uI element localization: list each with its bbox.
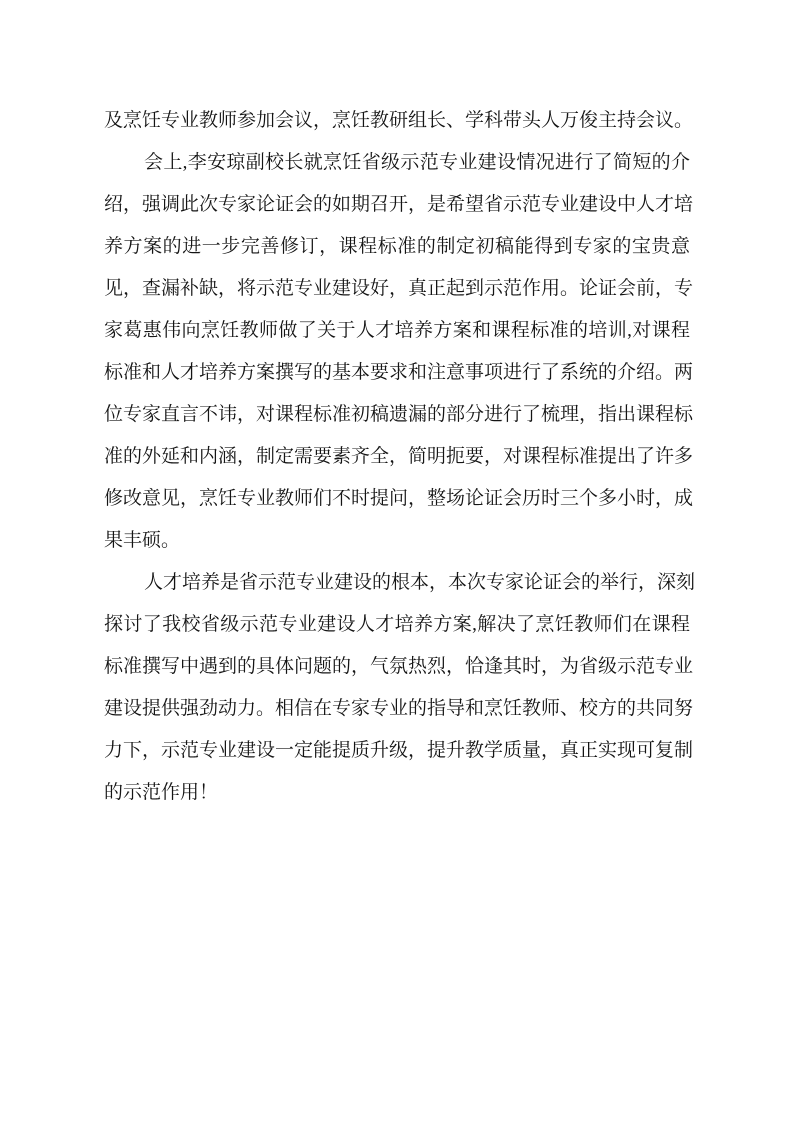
- text-line: 会上,李安琼副校长就烹饪省级示范专业建设情况进行了简短的介: [104, 142, 690, 184]
- text-line: 准的外延和内涵，制定需要素齐全，简明扼要，对课程标准提出了许多: [104, 436, 690, 478]
- paragraph: 及烹饪专业教师参加会议，烹饪教研组长、学科带头人万俊主持会议。: [104, 100, 690, 142]
- text-line: 修改意见，烹饪专业教师们不时提问，整场论证会历时三个多小时，成: [104, 478, 690, 520]
- text-line: 养方案的进一步完善修订，课程标准的制定初稿能得到专家的宝贵意: [104, 226, 690, 268]
- text-line: 的示范作用！: [104, 772, 690, 814]
- text-line: 家葛惠伟向烹饪教师做了关于人才培养方案和课程标准的培训,对课程: [104, 310, 690, 352]
- text-line: 人才培养是省示范专业建设的根本，本次专家论证会的举行，深刻: [104, 562, 690, 604]
- text-line: 探讨了我校省级示范专业建设人才培养方案,解决了烹饪教师们在课程: [104, 604, 690, 646]
- paragraph: 人才培养是省示范专业建设的根本，本次专家论证会的举行，深刻 探讨了我校省级示范专…: [104, 562, 690, 814]
- paragraph: 会上,李安琼副校长就烹饪省级示范专业建设情况进行了简短的介 绍，强调此次专家论证…: [104, 142, 690, 562]
- text-line: 标准撰写中遇到的具体问题的，气氛热烈，恰逢其时，为省级示范专业: [104, 646, 690, 688]
- text-line: 建设提供强劲动力。相信在专家专业的指导和烹饪教师、校方的共同努: [104, 688, 690, 730]
- document-page: 及烹饪专业教师参加会议，烹饪教研组长、学科带头人万俊主持会议。 会上,李安琼副校…: [0, 0, 793, 1122]
- text-line: 绍，强调此次专家论证会的如期召开，是希望省示范专业建设中人才培: [104, 184, 690, 226]
- text-line: 及烹饪专业教师参加会议，烹饪教研组长、学科带头人万俊主持会议。: [104, 100, 690, 142]
- text-line: 见，查漏补缺，将示范专业建设好，真正起到示范作用。论证会前，专: [104, 268, 690, 310]
- document-body: 及烹饪专业教师参加会议，烹饪教研组长、学科带头人万俊主持会议。 会上,李安琼副校…: [104, 100, 690, 814]
- text-line: 位专家直言不讳，对课程标准初稿遗漏的部分进行了梳理，指出课程标: [104, 394, 690, 436]
- text-line: 力下，示范专业建设一定能提质升级，提升教学质量，真正实现可复制: [104, 730, 690, 772]
- text-line: 标准和人才培养方案撰写的基本要求和注意事项进行了系统的介绍。两: [104, 352, 690, 394]
- text-line: 果丰硕。: [104, 520, 690, 562]
